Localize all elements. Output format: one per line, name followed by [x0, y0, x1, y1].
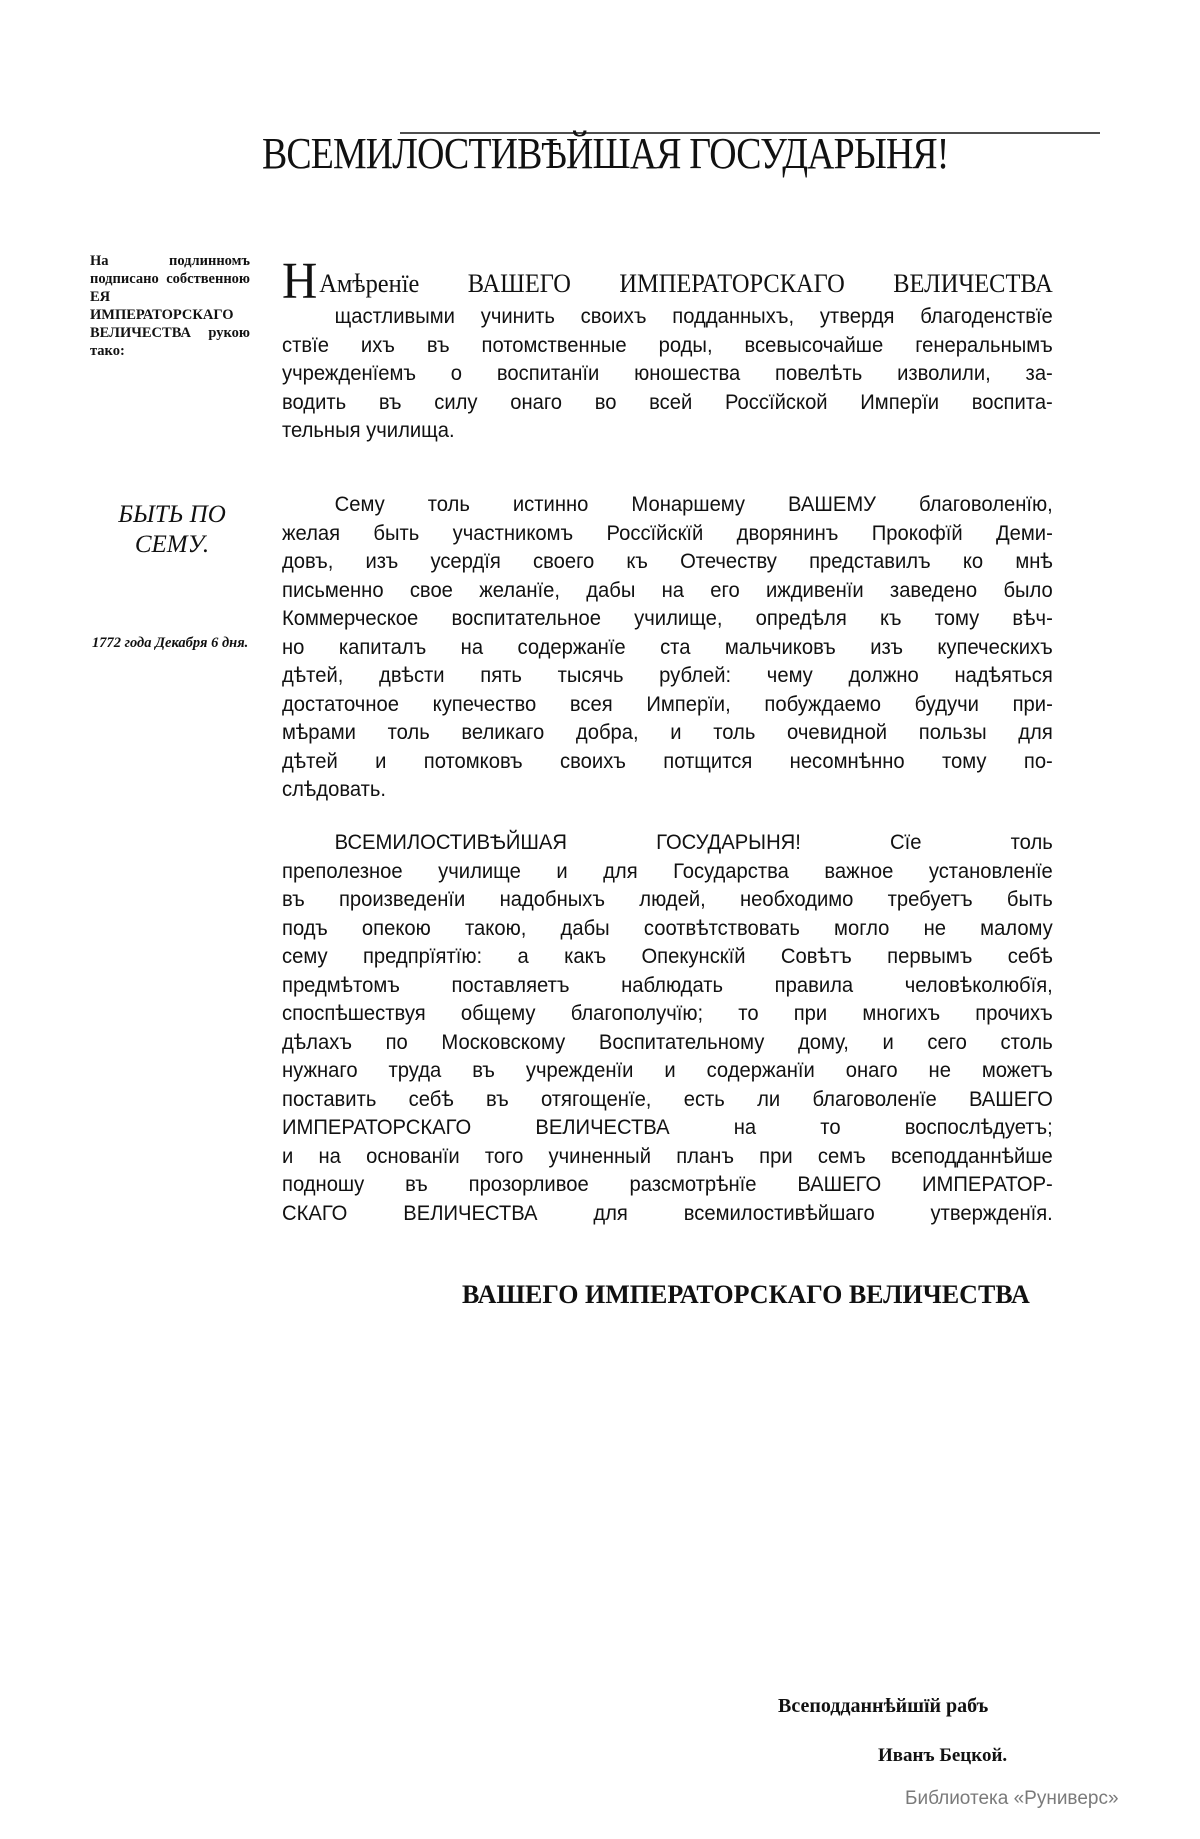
text-line: ствїе ихъ въ потомственные роды, всевысо…: [282, 331, 1053, 360]
text-line: слѣдовать.: [282, 775, 1053, 804]
text-line: предмѣтомъ поставляетъ наблюдать правила…: [282, 971, 1053, 1000]
text-line: учрежденїемъ о воспитанїи юношества пове…: [282, 359, 1053, 388]
signature-rank: Всеподданнѣйшїй рабъ: [778, 1695, 988, 1718]
margin-date: 1772 года Декабря 6 дня.: [92, 634, 252, 653]
text-line: водить въ силу онаго во всей Россїйской …: [282, 388, 1053, 417]
text-line: дѣтей и потомковъ своихъ потщится несомн…: [282, 747, 1053, 776]
text-line: довъ, изъ усердїя своего къ Отечеству пр…: [282, 547, 1053, 576]
text-line: нужнаго труда въ учрежденїи и содержанїи…: [282, 1056, 1053, 1085]
text-line: споспѣшествуя общему благополучїю; то пр…: [282, 999, 1053, 1028]
text-line: и на основанїи того учиненный планъ при …: [282, 1142, 1053, 1171]
text-line: ВСЕМИЛОСТИВѢЙШАЯ ГОСУДАРЫНЯ! Сїе толь: [282, 828, 1053, 857]
text-line: письменно свое желанїе, дабы на его ижди…: [282, 576, 1053, 605]
text-line: подношу въ прозорливое разсмотрѣнїе ВАШЕ…: [282, 1170, 1053, 1199]
paragraph-2: Сему толь истинно Монаршему ВАШЕМУ благо…: [282, 490, 1053, 804]
text-line: въ произведенїи надобныхъ людей, необход…: [282, 885, 1053, 914]
text-line: достаточное купечество всея Имперїи, поб…: [282, 690, 1053, 719]
text-line: Сему толь истинно Монаршему ВАШЕМУ благо…: [282, 490, 1053, 519]
paragraph-3: ВСЕМИЛОСТИВѢЙШАЯ ГОСУДАРЫНЯ! Сїе толь пр…: [282, 828, 1053, 1227]
text-line: дѣлахъ по Московскому Воспитательному до…: [282, 1028, 1053, 1057]
text-line: желая быть участникомъ Россїйскїй дворян…: [282, 519, 1053, 548]
text-line: поставить себѣ въ отягощенїе, есть ли бл…: [282, 1085, 1053, 1114]
dropcap: Н: [282, 253, 317, 310]
margin-note: На подлинномъ подписано собственною ЕЯ И…: [90, 252, 250, 360]
decree-line-2: СЕМУ.: [92, 530, 252, 560]
library-watermark: Библиотека «Руниверс»: [905, 1788, 1119, 1810]
text-line: дѣтей, двѣсти пять тысячь рублей: чему д…: [282, 661, 1053, 690]
text-line: СКАГО ВЕЛИЧЕСТВА для всемилостивѣйшаго у…: [282, 1199, 1053, 1228]
text-line: сему предпрїятїю: а какъ Опекунскїй Совѣ…: [282, 942, 1053, 971]
paragraph-1: НАмѣренїе ВАШЕГО ИМПЕРАТОРСКАГО ВЕЛИЧЕСТ…: [282, 262, 1053, 445]
page-title: ВСЕМИЛОСТИВѢЙШАЯ ГОСУДАРЫНЯ!: [262, 128, 881, 179]
text-line: щастливыми учинить своихъ подданныхъ, ут…: [282, 302, 1053, 331]
text-line: подъ опекою такою, дабы соотвѣтствовать …: [282, 914, 1053, 943]
text-line: преполезное училище и для Государства ва…: [282, 857, 1053, 886]
text-line: тельныя училища.: [282, 416, 1053, 445]
closing-salutation: ВАШЕГО ИМПЕРАТОРСКАГО ВЕЛИЧЕСТВА: [462, 1280, 1102, 1310]
text-line: мѣрами толь великаго добра, и толь очеви…: [282, 718, 1053, 747]
text-line: НАмѣренїе ВАШЕГО ИМПЕРАТОРСКАГО ВЕЛИЧЕСТ…: [282, 262, 1053, 302]
decree-line-1: БЫТЬ ПО: [92, 500, 252, 530]
text-line: но капиталъ на содержанїе ста мальчиковъ…: [282, 633, 1053, 662]
signature-name: Иванъ Бецкой.: [878, 1745, 1007, 1767]
text-line: Коммерческое воспитательное училище, опр…: [282, 604, 1053, 633]
margin-decree: БЫТЬ ПО СЕМУ.: [92, 500, 252, 560]
text-line: ИМПЕРАТОРСКАГО ВЕЛИЧЕСТВА на то воспослѣ…: [282, 1113, 1053, 1142]
